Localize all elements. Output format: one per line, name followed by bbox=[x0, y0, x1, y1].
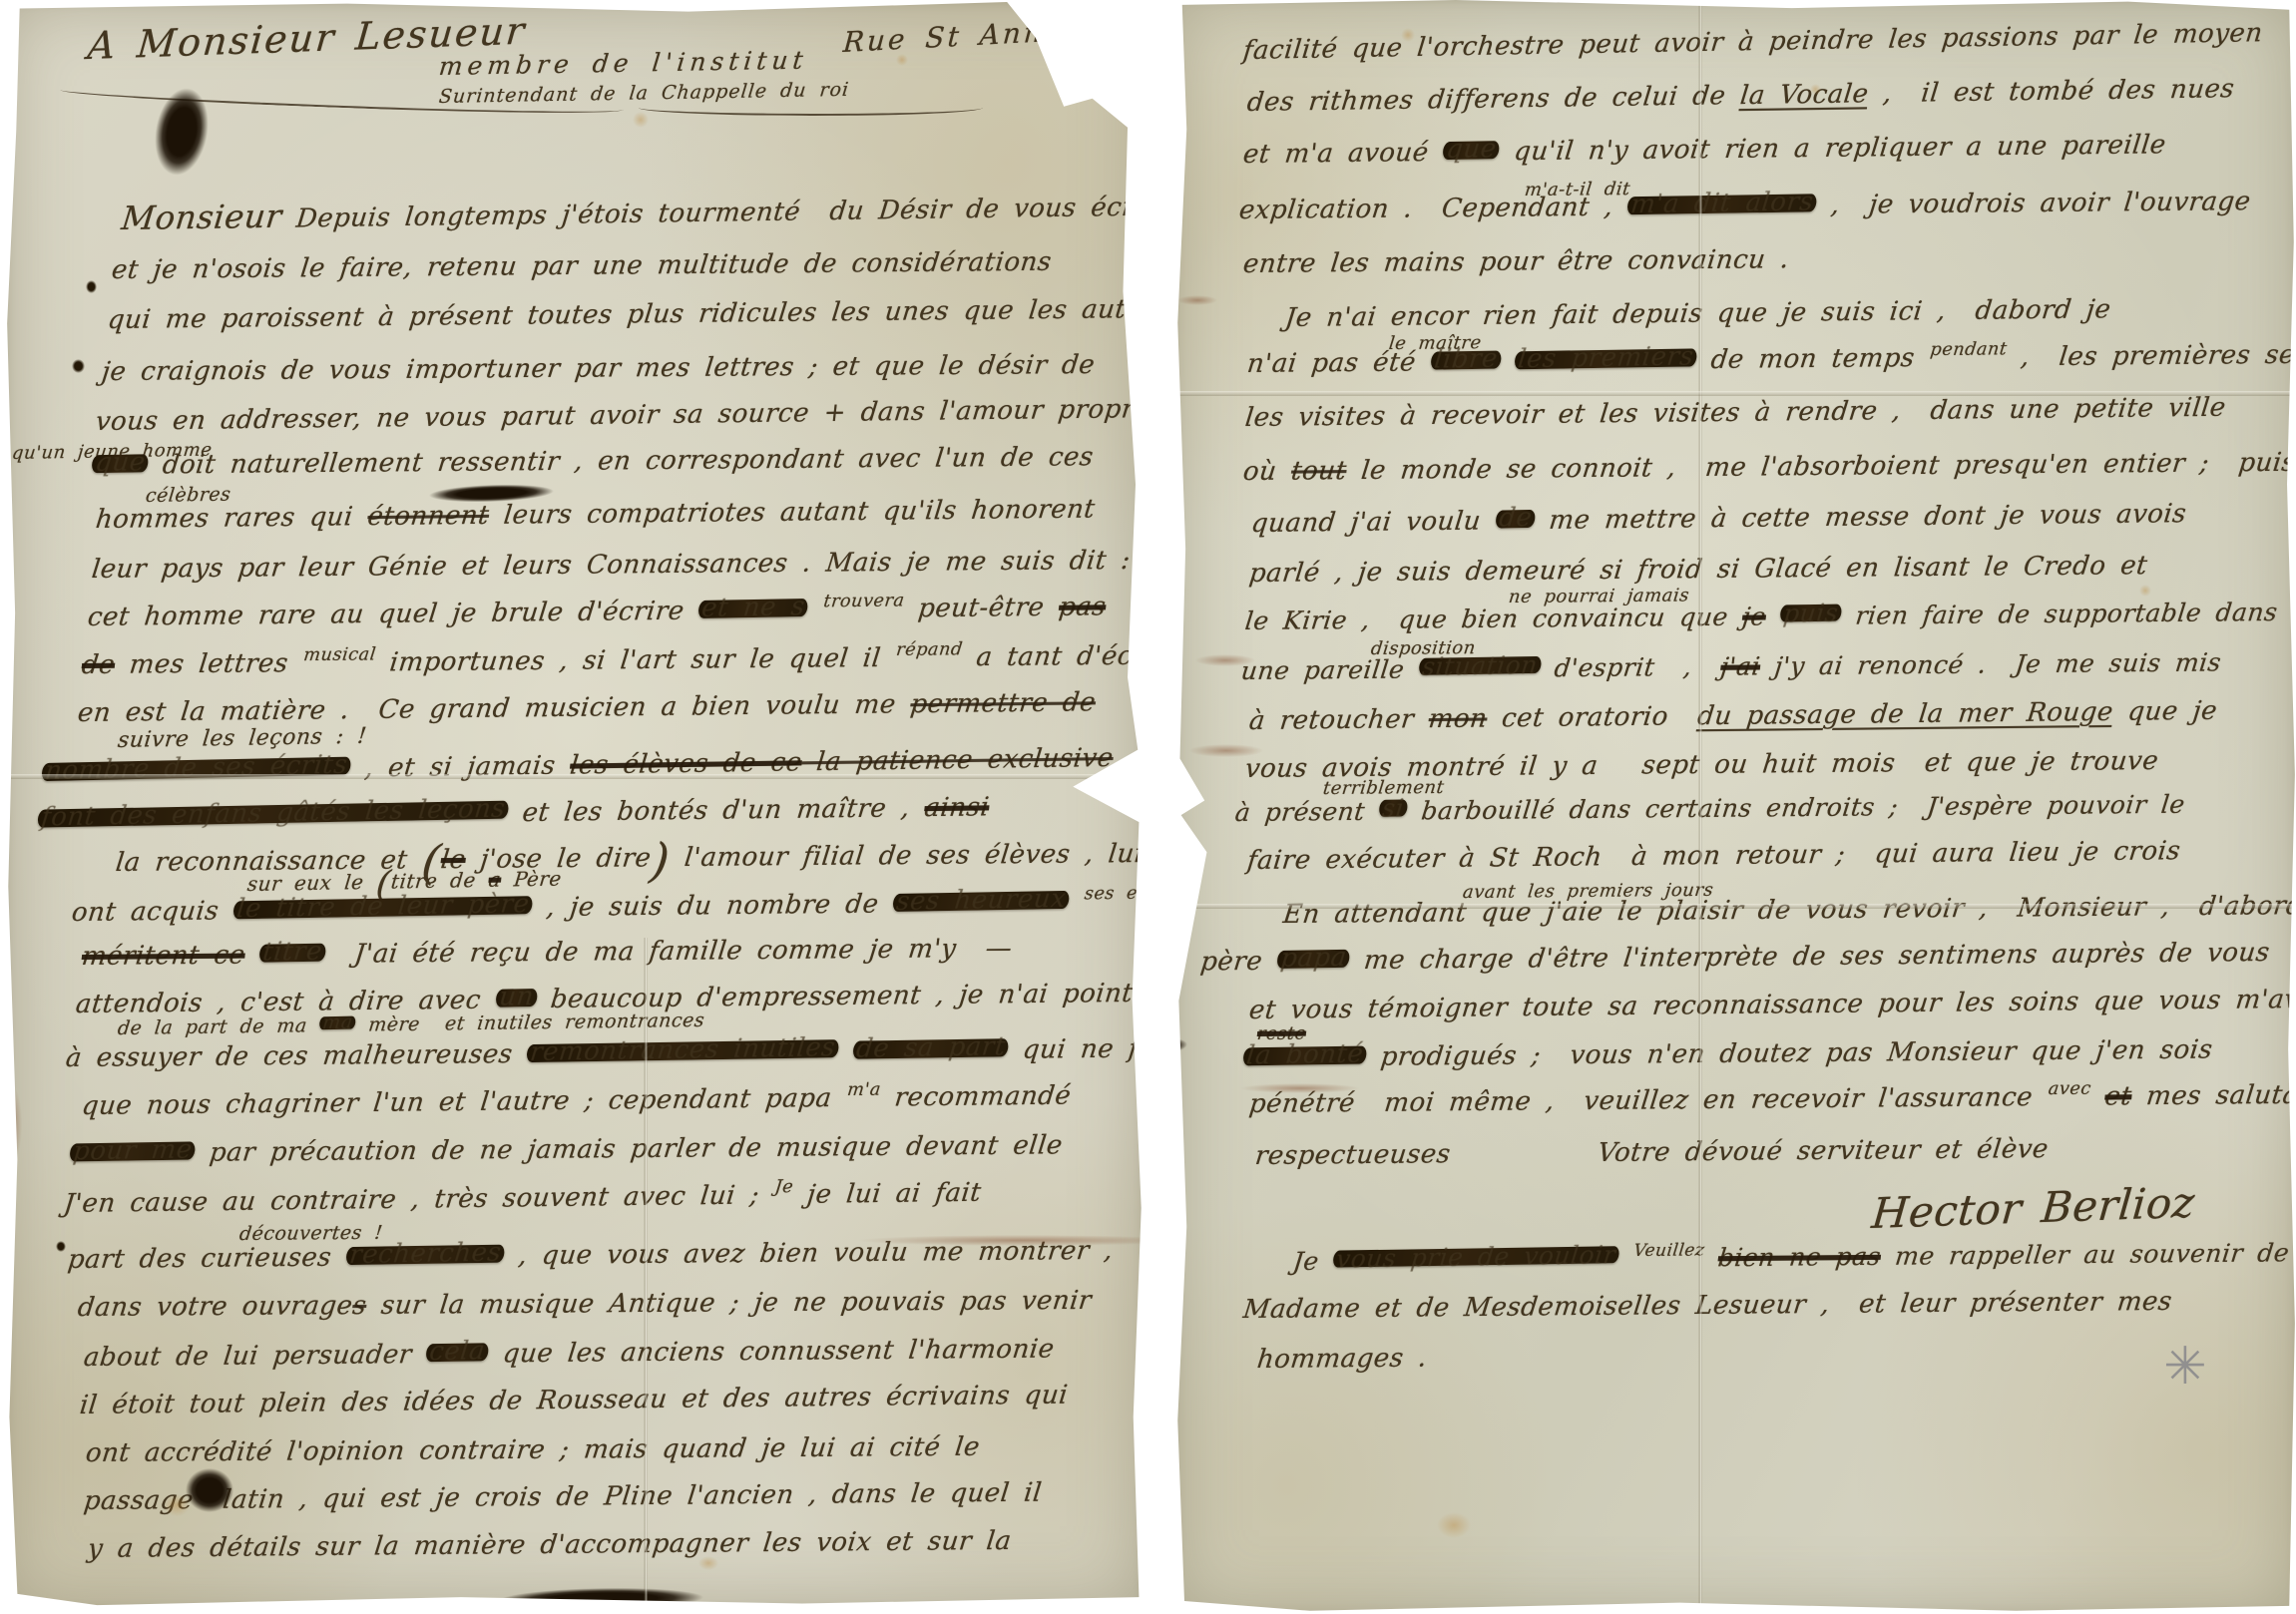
handwriting-segment: et les bontés d'un maître , bbox=[506, 793, 926, 828]
stain-mark bbox=[633, 112, 649, 128]
ink-strikeout: remontrances inutiles bbox=[527, 1039, 840, 1062]
handwriting-segment: rien faire de supportable dans bbox=[1840, 598, 2280, 630]
ink-strikeout: puis bbox=[1780, 605, 1843, 622]
handwriting-segment: et vous témoigner toute sa reconnaissanc… bbox=[1247, 985, 2296, 1025]
ink-strikeout: nombre de ses écrits bbox=[41, 757, 351, 781]
blot-mark bbox=[499, 1586, 703, 1612]
ink-strikeout: libre bbox=[1430, 351, 1502, 370]
handwriting-segment: en est la matière . Ce grand musicien a … bbox=[76, 689, 912, 728]
handwriting-segment: facilité que l'orchestre peut avoir à pe… bbox=[1241, 18, 2264, 66]
handwriting-segment: répand bbox=[895, 639, 964, 660]
handwriting-segment: J'ai été reçu de ma famille comme je m'y… bbox=[323, 934, 1014, 970]
handwriting-segment: En attendant que j'aie le plaisir de vou… bbox=[1281, 891, 2296, 930]
handwriting-line: qui me paroissent à présent toutes plus … bbox=[106, 294, 1194, 335]
ink-strikeout: situation bbox=[1418, 656, 1541, 675]
handwriting-segment: et je n'osois le faire, retenu par une m… bbox=[110, 247, 1053, 285]
handwriting-segment: Monsieur bbox=[120, 198, 284, 237]
handwriting-line: quand j'ai voulu de me mettre à cette me… bbox=[1249, 499, 2187, 539]
ink-strikeout: la bonté bbox=[1242, 1045, 1367, 1065]
ink-strikeout: papa bbox=[1276, 950, 1350, 969]
handwriting-segment: hommes rares qui bbox=[94, 502, 369, 535]
handwriting-segment: prodigués ; vous n'en doutez pas Monsieu… bbox=[1364, 1035, 2214, 1072]
handwriting-segment: pas bbox=[1058, 592, 1108, 622]
handwriting-segment: faire exécuter à St Roch à mon retour ; … bbox=[1245, 836, 2182, 876]
handwriting-line: le Kirie , que bien convaincu que je pui… bbox=[1243, 598, 2279, 635]
handwriting-segment: à présent bbox=[1233, 797, 1381, 827]
handwriting-line: où tout le monde se connoit , me l'absor… bbox=[1241, 448, 2296, 487]
handwriting-segment: ont acquis bbox=[70, 896, 234, 928]
handwriting-segment: parlé , je suis demeuré si froid si Glac… bbox=[1247, 551, 2149, 589]
handwriting-segment: permettre de bbox=[909, 687, 1098, 719]
handwriting-line: mon père papa me charge d'être l'interpr… bbox=[1126, 938, 2271, 978]
handwriting-line: respectueuses Votre dévoué serviteur et … bbox=[1253, 1134, 2050, 1171]
handwriting-line: Surintendant de la Chappelle du roi bbox=[438, 79, 850, 108]
handwriting-segment: entre les mains pour être convaincu . bbox=[1241, 244, 1790, 279]
handwriting-segment: importunes , si l'art sur le quel il bbox=[373, 643, 897, 678]
handwriting-segment: de bbox=[80, 650, 116, 680]
handwriting-segment: à essuyer de ces malheureuses bbox=[64, 1039, 529, 1073]
handwriting-line: pour me par précaution de ne jamais parl… bbox=[68, 1130, 1064, 1169]
handwriting-line: J'en cause au contraire , très souvent a… bbox=[62, 1178, 983, 1219]
handwriting-line: Rue St Anne n°18 bbox=[842, 9, 1162, 59]
handwriting-segment: Je bbox=[1291, 1247, 1335, 1276]
ink-strikeout: vous prie de vouloir bbox=[1333, 1246, 1620, 1268]
star-mark: ✳ bbox=[2163, 1337, 2207, 1397]
handwriting-line: Hector Berlioz bbox=[1870, 1178, 2197, 1238]
letter-page-left-lines: A Monsieur Lesueurmembre de l'institutRu… bbox=[6, 2, 1144, 1610]
handwriting-line: membre de l'institut bbox=[437, 46, 809, 82]
handwriting-line: about de lui persuader cela que les anci… bbox=[82, 1334, 1056, 1373]
handwriting-line: cet homme rare au quel je brule d'écrire… bbox=[86, 592, 1108, 632]
handwriting-segment: il étoit tout plein des idées de Roussea… bbox=[78, 1381, 1069, 1420]
ink-strikeout: les premiers bbox=[1514, 348, 1697, 369]
handwriting-segment: beaucoup d'empressement , je n'ai point … bbox=[534, 978, 1182, 1014]
handwriting-segment: à retoucher bbox=[1247, 704, 1430, 736]
ink-strikeout: cela bbox=[426, 1343, 490, 1362]
handwriting-segment: respectueuses bbox=[1253, 1139, 1452, 1171]
handwriting-segment: mes lettres bbox=[113, 648, 304, 680]
handwriting-segment: mon bbox=[1427, 703, 1489, 734]
handwriting-segment: doit naturellement ressentir , en corres… bbox=[147, 442, 1096, 480]
handwriting-line: je craignois de vous importuner par mes … bbox=[100, 350, 1097, 387]
handwriting-segment bbox=[1449, 1138, 1600, 1169]
handwriting-segment: leur pays par leur Génie et leurs Connai… bbox=[90, 546, 1132, 585]
underline-mark bbox=[639, 105, 983, 117]
handwriting-line: En attendant que j'aie le plaisir de vou… bbox=[1281, 891, 2296, 930]
handwriting-segment: que je bbox=[2111, 696, 2219, 727]
handwriting-segment: je craignois de vous importuner par mes … bbox=[100, 350, 1097, 387]
handwriting-segment: Votre dévoué serviteur et élève bbox=[1597, 1134, 2051, 1168]
handwriting-line: font des enfans gâtés les leçons et les … bbox=[36, 792, 991, 834]
handwriting-segment: qu'il n'y avoit rien a repliquer a une p… bbox=[1498, 130, 2167, 167]
handwriting-segment: avec bbox=[2048, 1078, 2092, 1098]
ink-strikeout: pour me bbox=[69, 1141, 196, 1161]
handwriting-segment: n'ai pas été bbox=[1245, 347, 1432, 379]
handwriting-line: entre les mains pour être convaincu . bbox=[1241, 244, 1790, 279]
blot-mark bbox=[149, 84, 215, 180]
handwriting-segment: le Kirie , que bien convaincu que bbox=[1243, 603, 1744, 635]
handwriting-segment: me rappeller au souvenir de bbox=[1879, 1238, 2291, 1271]
ink-strikeout: recherches bbox=[345, 1245, 505, 1265]
handwriting-segment: pendant bbox=[1929, 339, 2008, 360]
handwriting-line: que nous chagriner l'un et l'autre ; cep… bbox=[80, 1081, 1073, 1121]
handwriting-line: en est la matière . Ce grand musicien a … bbox=[76, 687, 1097, 728]
handwriting-segment: hommages . bbox=[1255, 1343, 1429, 1375]
handwriting-line: hommages . bbox=[1255, 1343, 1429, 1375]
handwriting-line: pénétré moi même , veuillez en recevoir … bbox=[1247, 1079, 2296, 1119]
ink-strikeout: m'a dit alors bbox=[1627, 194, 1818, 214]
handwriting-line: vous en addresser, ne vous parut avoir s… bbox=[94, 394, 1151, 437]
handwriting-segment: about de lui persuader bbox=[82, 1340, 428, 1373]
handwriting-line: ont acquis le titre de leur père , je su… bbox=[70, 886, 1189, 928]
handwriting-line: il étoit tout plein des idées de Roussea… bbox=[78, 1381, 1069, 1420]
smudge-mark bbox=[2, 1085, 22, 1163]
handwriting-segment: de mon temps bbox=[1694, 343, 1931, 375]
handwriting-segment: étonnent bbox=[366, 501, 491, 532]
handwriting-segment: et m'a avoué bbox=[1241, 138, 1445, 170]
handwriting-segment: ainsi bbox=[923, 792, 991, 823]
handwriting-segment: me charge d'être l'interprète de ses sen… bbox=[1348, 938, 2272, 976]
handwriting-segment: le monde se connoit , me l'absorboient p… bbox=[1345, 448, 2296, 486]
handwriting-line: méritent ce titre J'ai été reçu de ma fa… bbox=[80, 934, 1014, 972]
handwriting-segment: barbouillé dans certains endroits ; J'es… bbox=[1405, 790, 2186, 826]
handwriting-line: passage latin , qui est je crois de Plin… bbox=[82, 1478, 1043, 1516]
handwriting-line: et je n'osois le faire, retenu par une m… bbox=[110, 247, 1053, 285]
handwriting-line: Monsieur Depuis longtemps j'étois tourme… bbox=[120, 185, 1174, 237]
handwriting-segment: mes salutations bbox=[2130, 1079, 2296, 1111]
handwriting-segment: leurs compatriotes autant qu'ils honoren… bbox=[487, 494, 1097, 530]
handwriting-segment: mère et inutiles remontrances bbox=[355, 1009, 706, 1036]
handwriting-segment: sur la musique Antique ; je ne pouvais p… bbox=[365, 1286, 1094, 1321]
handwriting-line: et vous témoigner toute sa reconnaissanc… bbox=[1247, 985, 2296, 1025]
letter-page-right-lines: facilité que l'orchestre peut avoir à pe… bbox=[1175, 0, 2296, 1614]
handwriting-line: et m'a avoué que qu'il n'y avoit rien a … bbox=[1241, 130, 2167, 170]
ink-strikeout: que bbox=[1443, 141, 1501, 160]
handwriting-segment: et bbox=[2103, 1081, 2133, 1111]
handwriting-segment: Je n'ai encor rien fait depuis que je su… bbox=[1283, 294, 2112, 333]
handwriting-line: faire exécuter à St Roch à mon retour ; … bbox=[1245, 836, 2182, 876]
handwriting-segment: j'y ai renoncé . Je me suis mis bbox=[1758, 647, 2222, 680]
handwriting-segment: pénétré moi même , veuillez en recevoir … bbox=[1247, 1082, 2049, 1119]
handwriting-line: que doit naturellement ressentir , en co… bbox=[90, 442, 1095, 481]
ink-strikeout: titre bbox=[259, 944, 326, 963]
handwriting-segment: cet homme rare au quel je brule d'écrire bbox=[86, 597, 700, 632]
handwriting-segment: trouvera bbox=[822, 591, 905, 611]
ink-strikeout: un bbox=[495, 989, 537, 1007]
handwriting-segment: une pareille bbox=[1239, 654, 1420, 685]
ink-strikeout: ses heureux bbox=[892, 891, 1070, 912]
handwriting-line: explication . Cependant , m'a dit alors … bbox=[1237, 187, 2252, 225]
handwriting-segment: je lui ai fait bbox=[791, 1178, 983, 1210]
manuscript-scan: Handwritten French letter manuscript, tw… bbox=[0, 0, 2296, 1614]
handwriting-segment: que les anciens connussent l'harmonie bbox=[487, 1334, 1057, 1369]
handwriting-segment: peut-être bbox=[902, 593, 1061, 624]
ink-strikeout: de bbox=[1495, 510, 1536, 528]
handwriting-segment: ses enfans bbox=[1084, 883, 1190, 904]
ink-strikeout: ma bbox=[319, 1016, 357, 1030]
handwriting-segment: recommandé bbox=[878, 1081, 1073, 1113]
dot-mark bbox=[56, 1241, 66, 1252]
ink-strikeout: de sa part bbox=[852, 1038, 1009, 1058]
handwriting-segment: , il est tombé des nues bbox=[1867, 74, 2236, 109]
handwriting-segment: méritent ce bbox=[80, 941, 246, 972]
handwriting-segment: où bbox=[1241, 457, 1293, 487]
handwriting-segment: quand j'ai voulu bbox=[1249, 506, 1497, 539]
ink-strikeout: font des enfans gâtés les leçons bbox=[37, 801, 509, 828]
handwriting-line: part des curieuses recherches , que vous… bbox=[66, 1236, 1115, 1275]
handwriting-segment: par précaution de ne jamais parler de mu… bbox=[194, 1130, 1065, 1168]
handwriting-segment: tout bbox=[1289, 456, 1348, 487]
ink-strikeout: le titre de leur père bbox=[232, 896, 533, 919]
ink-strikeout: si bbox=[1379, 799, 1409, 816]
handwriting-segment: a tant d'éclat bbox=[960, 640, 1169, 672]
handwriting-segment: y a des détails sur la manière d'accompa… bbox=[86, 1526, 1013, 1564]
handwriting-segment: mon père bbox=[1126, 947, 1278, 978]
handwriting-segment: , que vous avez bien voulu me montrer , bbox=[502, 1236, 1115, 1271]
handwriting-segment: qui me paroissent à présent toutes plus … bbox=[106, 294, 1194, 335]
handwriting-line: Je vous prie de vouloir Veuillez bien ne… bbox=[1291, 1238, 2291, 1276]
handwriting-line: parlé , je suis demeuré si froid si Glac… bbox=[1247, 551, 2149, 589]
handwriting-line: hommes rares qui étonnent leurs compatri… bbox=[94, 494, 1097, 535]
handwriting-line: Madame et de Mesdemoiselles Lesueur , et… bbox=[1241, 1287, 2173, 1325]
handwriting-segment: explication . Cependant , bbox=[1237, 193, 1629, 225]
handwriting-line: les visites à recevoir et les visites à … bbox=[1243, 393, 2227, 433]
handwriting-segment: Rue St Anne n°18 bbox=[842, 9, 1162, 59]
handwriting-segment: les élèves de ce bbox=[569, 747, 804, 780]
stain-mark bbox=[1437, 1512, 1471, 1538]
handwriting-line: Je n'ai encor rien fait depuis que je su… bbox=[1283, 294, 2112, 333]
handwriting-segment: , je suis du nombre de bbox=[530, 889, 895, 923]
handwriting-segment: d'esprit , bbox=[1539, 652, 1722, 683]
handwriting-segment: j'ai bbox=[1719, 651, 1762, 680]
handwriting-segment: J'en cause au contraire , très souvent a… bbox=[62, 1180, 775, 1219]
handwriting-segment: , les premières semaines bbox=[2005, 339, 2296, 372]
ink-strikeout: que bbox=[91, 454, 149, 473]
smudge-mark bbox=[1177, 295, 1217, 305]
handwriting-segment: suivre les leçons : ! bbox=[117, 724, 368, 753]
handwriting-segment: ont accrédité l'opinion contraire ; mais… bbox=[84, 1432, 981, 1468]
handwriting-segment: dans votre ouvrage bbox=[76, 1291, 354, 1323]
dot-mark bbox=[72, 359, 85, 373]
handwriting-segment: Depuis longtemps j'étois tourmenté du Dé… bbox=[280, 192, 1174, 234]
handwriting-segment: part des curieuses bbox=[66, 1243, 347, 1275]
handwriting-segment: la Vocale bbox=[1738, 79, 1870, 111]
handwriting-segment: que nous chagriner l'un et l'autre ; cep… bbox=[80, 1083, 848, 1121]
handwriting-line: des rithmes differens de celui de la Voc… bbox=[1245, 74, 2236, 118]
handwriting-segment: m'a bbox=[846, 1079, 882, 1099]
handwriting-line: y a des détails sur la manière d'accompa… bbox=[86, 1526, 1013, 1564]
handwriting-segment: me mettre à cette messe dont je vous avo… bbox=[1533, 499, 2188, 536]
handwriting-segment: la patience exclusive bbox=[800, 743, 1115, 777]
handwriting-segment: des rithmes differens de celui de bbox=[1245, 81, 1741, 118]
letter-page-left: A Monsieur Lesueurmembre de l'institutRu… bbox=[6, 2, 1144, 1610]
handwriting-segment: Je bbox=[774, 1177, 795, 1197]
handwriting-line: suivre les leçons : ! bbox=[117, 724, 368, 753]
handwriting-segment: passage latin , qui est je crois de Plin… bbox=[82, 1478, 1043, 1516]
handwriting-segment: du passage de la mer Rouge bbox=[1696, 697, 2115, 731]
handwriting-segment: je bbox=[1741, 602, 1768, 630]
stain-mark bbox=[2139, 585, 2151, 597]
handwriting-line: facilité que l'orchestre peut avoir à pe… bbox=[1241, 18, 2264, 66]
handwriting-line: dans votre ouvrages sur la musique Antiq… bbox=[76, 1286, 1093, 1323]
handwriting-segment: cet oratorio bbox=[1486, 701, 1699, 733]
handwriting-segment bbox=[836, 1036, 854, 1066]
handwriting-segment: vous en addresser, ne vous parut avoir s… bbox=[94, 394, 1151, 437]
handwriting-line: à retoucher mon cet oratorio du passage … bbox=[1247, 696, 2218, 736]
handwriting-segment: l'amour filial de ses élèves , lui bbox=[669, 839, 1146, 873]
handwriting-segment: membre de l'institut bbox=[437, 46, 809, 82]
handwriting-segment: , je voudrois avoir l'ouvrage bbox=[1815, 187, 2253, 220]
handwriting-segment: musical bbox=[302, 644, 377, 665]
handwriting-segment: , et si jamais bbox=[348, 751, 572, 784]
handwriting-line: ont accrédité l'opinion contraire ; mais… bbox=[84, 1432, 981, 1468]
letter-page-right: facilité que l'orchestre peut avoir à pe… bbox=[1175, 0, 2296, 1614]
handwriting-line: la bonté prodigués ; vous n'en doutez pa… bbox=[1241, 1035, 2214, 1074]
handwriting-segment: les visites à recevoir et les visites à … bbox=[1243, 393, 2227, 433]
handwriting-segment: Père bbox=[500, 866, 563, 891]
handwriting-segment: Surintendant de la Chappelle du roi bbox=[438, 79, 850, 108]
handwriting-segment: Veuillez bbox=[1632, 1240, 1705, 1261]
dot-mark bbox=[86, 280, 97, 293]
handwriting-segment: Madame et de Mesdemoiselles Lesueur , et… bbox=[1241, 1287, 2173, 1325]
handwriting-line: à essuyer de ces malheureuses remontranc… bbox=[64, 1033, 1247, 1073]
ink-strikeout: et ne s bbox=[698, 599, 809, 618]
handwriting-line: de mes lettres musical importunes , si l… bbox=[80, 640, 1169, 680]
handwriting-segment: de la part de ma bbox=[117, 1014, 321, 1039]
handwriting-segment bbox=[806, 595, 824, 624]
handwriting-segment: Hector Berlioz bbox=[1870, 1178, 2197, 1238]
handwriting-segment: bien ne pas bbox=[1716, 1242, 1882, 1272]
handwriting-line: leur pays par leur Génie et leurs Connai… bbox=[90, 546, 1132, 585]
